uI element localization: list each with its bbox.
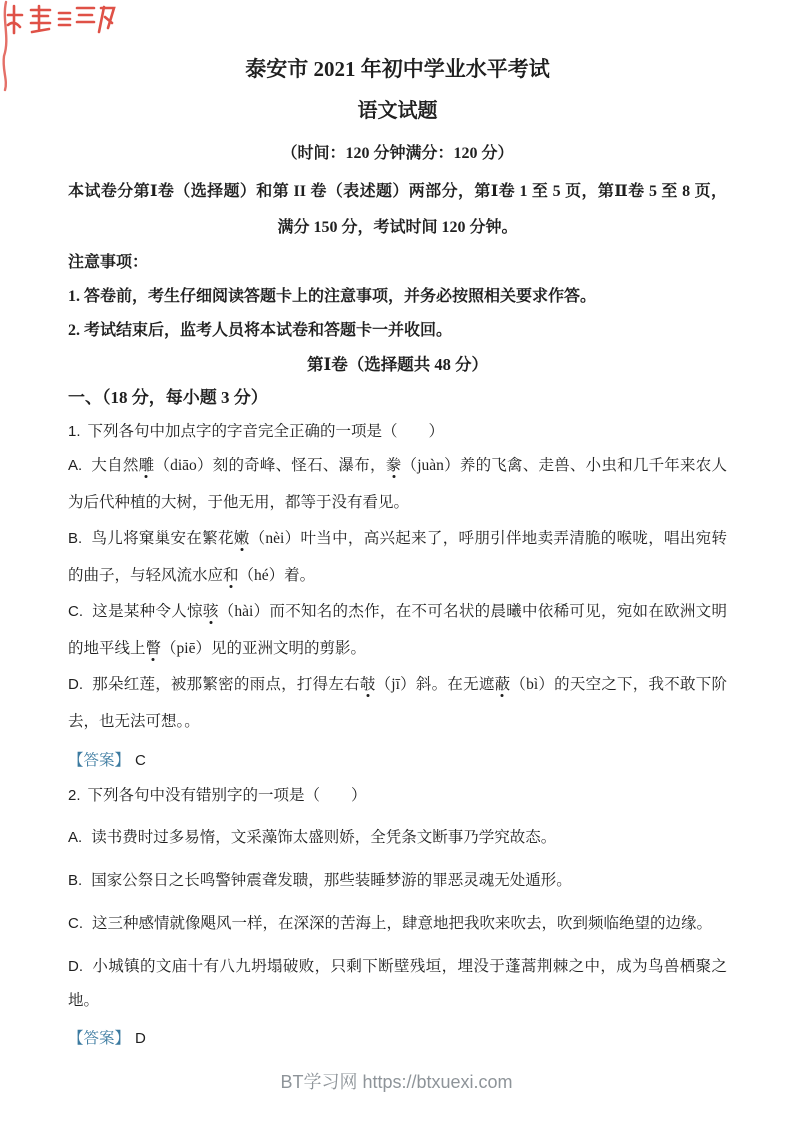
document-content: 泰安市 2021 年初中学业水平考试 语文试题 （时间：120 分钟满分：120…	[0, 0, 793, 1057]
answer-letter: D	[135, 1030, 146, 1047]
option-text: 这是某种令人惊	[92, 603, 203, 620]
question-stem-text: 下列各句中没有错别字的一项是（ ）	[88, 787, 367, 804]
notice-item-1: 1. 答卷前，考生仔细阅读答题卡上的注意事项，并务必按照相关要求作答。	[68, 280, 727, 314]
notice-heading: 注意事项：	[68, 246, 727, 280]
option-letter: D.	[68, 958, 83, 975]
questions: 1.下列各句中加点字的字音完全正确的一项是（ ）A.大自然雕（diāo）刻的奇峰…	[68, 415, 727, 1057]
options-list: A.大自然雕（diāo）刻的奇峰、怪石、瀑布，豢（juàn）养的飞禽、走兽、小虫…	[68, 448, 727, 740]
answer-line: 【答案】C	[68, 743, 727, 779]
exam-document-page: 泰安市 2021 年初中学业水平考试 语文试题 （时间：120 分钟满分：120…	[0, 0, 793, 1122]
notice-item-2: 2. 考试结束后，监考人员将本试卷和答题卡一并收回。	[68, 314, 727, 348]
question-number: 1.	[68, 423, 81, 440]
option-letter: A.	[68, 457, 82, 474]
part-heading: 一、（18 分，每小题 3 分）	[68, 381, 727, 415]
option-text: 那朵红莲，被那繁密的雨点，打得左右	[92, 676, 360, 693]
red-edge-streak-icon	[0, 0, 14, 97]
dotted-char: 瞥	[146, 640, 162, 657]
option-text: （hé）着。	[239, 567, 316, 584]
option-text: 这三种感情就像飓风一样，在深深的苦海上，肆意地把我吹来吹去，吹到频临绝望的边缘。	[92, 915, 712, 932]
dotted-char: 雕	[139, 457, 155, 474]
question-block: 2.下列各句中没有错别字的一项是（ ）A.读书费时过多易惰，文采藻饰太盛则娇，全…	[68, 779, 727, 1057]
option-letter: C.	[68, 603, 83, 620]
option-D: D.小城镇的文庙十有八九坍塌破败，只剩下断壁残垣，埋没于蓬蒿荆棘之中，成为鸟兽栖…	[68, 950, 727, 1018]
options-list: A.读书费时过多易惰，文采藻饰太盛则娇，全凭条文断事乃学究故态。B.国家公祭日之…	[68, 821, 727, 1018]
page-title: 泰安市 2021 年初中学业水平考试	[68, 50, 727, 88]
footer-watermark: BT学习网 https://btxuexi.com	[0, 1072, 793, 1092]
option-letter: D.	[68, 676, 83, 693]
question-stem: 2.下列各句中没有错别字的一项是（ ）	[68, 779, 727, 812]
dotted-char: 豢	[386, 457, 402, 474]
option-text: （jī）斜。在无遮	[376, 676, 495, 693]
dotted-char: 嫩	[234, 530, 250, 547]
page-subtitle: 语文试题	[68, 88, 727, 134]
option-D: D.那朵红莲，被那繁密的雨点，打得左右攲（jī）斜。在无遮蔽（bì）的天空之下，…	[68, 667, 727, 740]
question-stem-text: 下列各句中加点字的字音完全正确的一项是（ ）	[88, 423, 445, 440]
answer-line: 【答案】D	[68, 1021, 727, 1057]
dotted-char: 蔽	[495, 676, 511, 693]
option-text: 鸟儿将窠巢安在繁花	[91, 530, 234, 547]
dotted-char: 和	[223, 567, 239, 584]
option-text: （diāo）刻的奇峰、怪石、瀑布，	[154, 457, 385, 474]
question-stem: 1.下列各句中加点字的字音完全正确的一项是（ ）	[68, 415, 727, 448]
dotted-char: 骇	[203, 603, 219, 620]
option-text: 大自然	[91, 457, 138, 474]
section-heading: 第Ⅰ卷（选择题共 48 分）	[68, 348, 727, 381]
option-letter: C.	[68, 915, 83, 932]
intro-line-1: 本试卷分第Ⅰ卷（选择题）和第 II 卷（表述题）两部分，第Ⅰ卷 1 至 5 页，…	[68, 174, 727, 210]
intro-line-2: 满分 150 分，考试时间 120 分钟。	[68, 210, 727, 246]
question-block: 1.下列各句中加点字的字音完全正确的一项是（ ）A.大自然雕（diāo）刻的奇峰…	[68, 415, 727, 779]
option-letter: B.	[68, 530, 82, 547]
question-number: 2.	[68, 787, 81, 804]
option-letter: B.	[68, 872, 82, 889]
answer-letter: C	[135, 752, 146, 769]
option-B: B.国家公祭日之长鸣警钟震聋发聩，那些装睡梦游的罪恶灵魂无处遁形。	[68, 864, 727, 898]
red-stamp-marks-icon	[5, 2, 117, 45]
option-C: C.这是某种令人惊骇（hài）而不知名的杰作，在不可名状的晨曦中依稀可见，宛如在…	[68, 594, 727, 667]
option-letter: A.	[68, 829, 82, 846]
option-A: A.读书费时过多易惰，文采藻饰太盛则娇，全凭条文断事乃学究故态。	[68, 821, 727, 855]
answer-label: 【答案】	[68, 1030, 130, 1047]
option-text: 小城镇的文庙十有八九坍塌破败，只剩下断壁残垣，埋没于蓬蒿荆棘之中，成为鸟兽栖聚之…	[68, 958, 727, 1009]
answer-label: 【答案】	[68, 752, 130, 769]
option-A: A.大自然雕（diāo）刻的奇峰、怪石、瀑布，豢（juàn）养的飞禽、走兽、小虫…	[68, 448, 727, 521]
option-text: 国家公祭日之长鸣警钟震聋发聩，那些装睡梦游的罪恶灵魂无处遁形。	[91, 872, 572, 889]
option-text: （piē）见的亚洲文明的剪影。	[161, 640, 366, 657]
dotted-char: 攲	[360, 676, 376, 693]
option-C: C.这三种感情就像飓风一样，在深深的苦海上，肆意地把我吹来吹去，吹到频临绝望的边…	[68, 907, 727, 941]
option-text: 读书费时过多易惰，文采藻饰太盛则娇，全凭条文断事乃学究故态。	[91, 829, 556, 846]
option-B: B.鸟儿将窠巢安在繁花嫩（nèi）叶当中，高兴起来了，呼朋引伴地卖弄清脆的喉咙，…	[68, 521, 727, 594]
time-score-line: （时间：120 分钟满分：120 分）	[68, 134, 727, 174]
